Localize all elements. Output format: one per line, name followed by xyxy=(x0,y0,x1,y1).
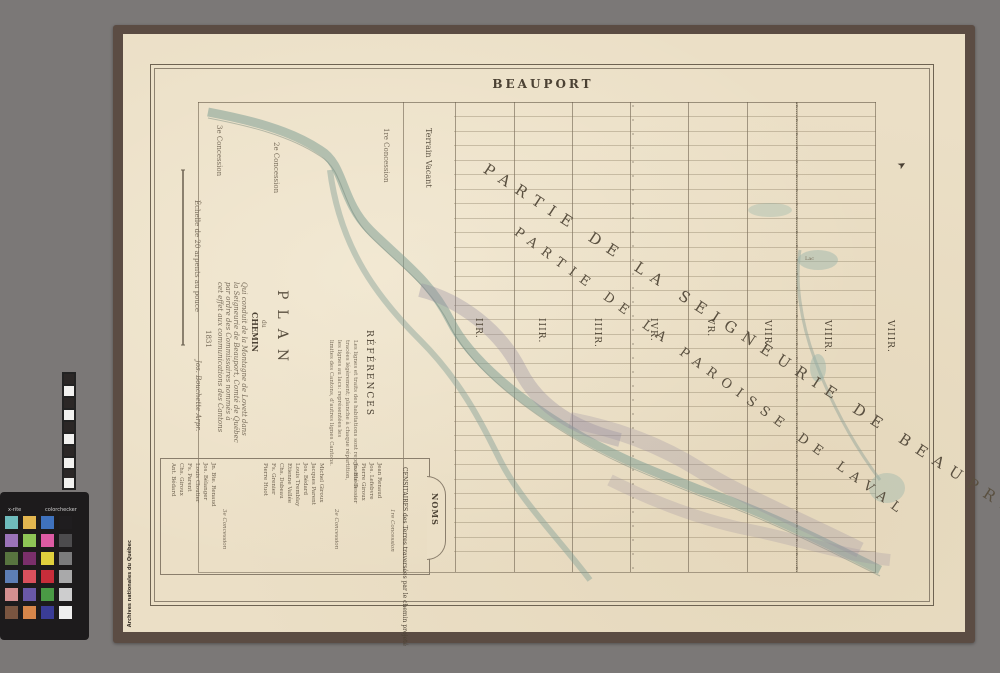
censitaire-name: Jn. Bte Tessier xyxy=(352,463,358,503)
plan-du: du xyxy=(260,320,267,328)
plan-cartouche: PLAN du CHEMIN Qui conduit de la Montagn… xyxy=(192,280,302,450)
censitaire-name: Jacques Parent xyxy=(310,463,316,505)
plan-year: 1831 xyxy=(204,330,212,348)
archive-label: Archives nationales du Québec xyxy=(127,540,133,627)
censitaire-name: Jean Renaud xyxy=(376,463,382,498)
color-swatch xyxy=(41,588,54,601)
color-swatch xyxy=(59,588,72,601)
gray-patch xyxy=(64,410,74,420)
color-swatch xyxy=(59,570,72,583)
legend-box: CENSITAIRES des Terres traversées par le… xyxy=(160,458,430,575)
reference-text: limites des Cantons, d'autres lignes Can… xyxy=(328,340,334,466)
range-label: IIIIR. xyxy=(592,318,602,348)
grayscale-strip xyxy=(62,372,76,490)
range-label: VIIIR. xyxy=(885,320,895,353)
river-and-terrain xyxy=(0,0,1000,673)
legend-col-3: Jn. Bte. Renaud Jos. Bélanger Louis Clou… xyxy=(169,463,217,563)
color-swatch xyxy=(5,588,18,601)
range-label: VIIIR. xyxy=(822,320,832,353)
censitaire-name: Etienne Vallée xyxy=(286,463,292,503)
censitaire-name: Fs. Parent xyxy=(186,463,192,492)
color-swatch xyxy=(5,552,18,565)
legend-col-title: 2e Concession xyxy=(333,509,339,549)
censitaire-name: Ant. Bédard xyxy=(170,463,176,496)
color-swatch xyxy=(41,534,54,547)
censitaire-name: Pierre Huot xyxy=(262,463,268,496)
plan-title: PLAN xyxy=(274,290,290,371)
gray-patch xyxy=(64,458,74,468)
color-swatch xyxy=(23,552,36,565)
gray-patch xyxy=(64,398,74,408)
gray-patch xyxy=(64,374,74,384)
plan-desc: la Seigneurie de Beauport, Comté de Québ… xyxy=(232,282,240,443)
censitaire-name: Jn. Bte. Renaud xyxy=(210,463,216,507)
xrite-logo: x-rite xyxy=(8,507,21,513)
color-swatch xyxy=(41,516,54,529)
legend-col-1: Jean Renaud Jos. Lefebvre Pierre Giroux … xyxy=(351,463,383,563)
color-swatch xyxy=(59,606,72,619)
plan-subject: CHEMIN xyxy=(250,312,260,352)
color-swatch xyxy=(5,606,18,619)
range-label: VR. xyxy=(705,318,715,337)
color-swatch xyxy=(23,606,36,619)
color-swatch xyxy=(5,516,18,529)
color-swatch xyxy=(41,552,54,565)
plan-desc: par ordre des Commissaires nommés à xyxy=(224,282,232,421)
range-label: IIIR. xyxy=(536,318,546,343)
color-swatch xyxy=(5,570,18,583)
legend-tab: NOMS xyxy=(427,476,446,560)
concession-label: 3e Concession xyxy=(215,125,223,176)
plan-desc: cet effet aux communications des Cantons xyxy=(216,282,224,432)
legend-col-2: Michel Giroux Jacques Parent Jos. Bédard… xyxy=(261,463,325,563)
color-swatch xyxy=(59,552,72,565)
color-swatch xyxy=(23,534,36,547)
censitaire-name: Jos. Bédard xyxy=(302,463,308,495)
color-swatch xyxy=(23,570,36,583)
censitaire-name: Pierre Giroux xyxy=(360,463,366,501)
gray-patch xyxy=(64,422,74,432)
censitaire-name: Fs. Grenier xyxy=(270,463,276,495)
censitaire-name: Michel Giroux xyxy=(318,463,324,503)
censitaire-name: Jos. Bélanger xyxy=(202,463,208,500)
reference-block: RÉFÉRENCES Les lignes et traits des habi… xyxy=(320,300,400,450)
gray-patch xyxy=(64,386,74,396)
range-label: VIIR. xyxy=(762,320,772,348)
color-swatch xyxy=(59,534,72,547)
plan-signature: Jos. Bouchette Arpr. xyxy=(194,360,202,431)
range-label: IVR. xyxy=(648,318,658,342)
censitaire-name: Louis Cloutier xyxy=(194,463,200,503)
color-swatch-grid xyxy=(5,516,85,626)
gray-patch xyxy=(64,434,74,444)
legend-heading: CENSITAIRES des Terres traversées par le… xyxy=(401,467,408,646)
color-swatch xyxy=(23,588,36,601)
range-label: IIR. xyxy=(473,318,483,339)
legend-col-title: 3e Concession xyxy=(221,509,227,549)
plan-desc: Qui conduit de la Montagne de Lovett dan… xyxy=(240,282,248,436)
concession-label: 1re Concession xyxy=(382,128,390,182)
color-swatch xyxy=(41,606,54,619)
reference-heading: RÉFÉRENCES xyxy=(364,330,374,417)
reference-text: les lignes au lacs: représentées les xyxy=(336,340,342,437)
censitaire-name: Chs. Dubeau xyxy=(278,463,284,499)
censitaire-name: Louis Tremblay xyxy=(294,463,300,506)
terrain-vacant-label: Terrain Vacant xyxy=(424,128,433,188)
concession-label: 2e Concession xyxy=(272,142,280,193)
censitaire-name: Jos. Lefebvre xyxy=(368,463,374,500)
color-swatch xyxy=(41,570,54,583)
gray-patch xyxy=(64,478,74,488)
gray-patch xyxy=(64,446,74,456)
color-swatch xyxy=(5,534,18,547)
color-swatch xyxy=(23,516,36,529)
legend-tab-label: NOMS xyxy=(430,493,440,526)
legend-col-title: 1re Concession xyxy=(389,509,395,552)
lake-label: Lac xyxy=(805,256,814,262)
colorchecker-logo: colorchecker xyxy=(45,507,77,513)
censitaire-name: Chs. Giroux xyxy=(178,463,184,496)
color-swatch xyxy=(59,516,72,529)
